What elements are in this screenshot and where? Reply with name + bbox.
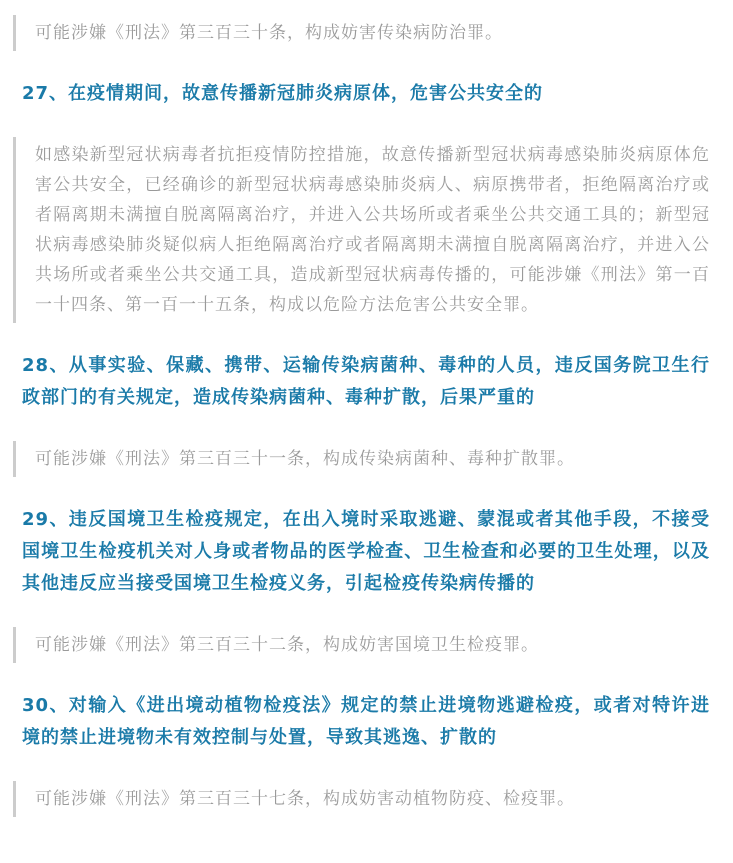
quote-paragraph: 可能涉嫌《刑法》第三百三十条，构成妨害传染病防治罪。 (13, 15, 710, 51)
section-heading: 27、在疫情期间，故意传播新冠肺炎病原体，危害公共安全的 (22, 78, 710, 110)
quote-paragraph: 可能涉嫌《刑法》第三百三十七条，构成妨害动植物防疫、检疫罪。 (13, 781, 710, 817)
quote-paragraph: 如感染新型冠状病毒者抗拒疫情防控措施，故意传播新型冠状病毒感染肺炎病原体危害公共… (13, 137, 710, 323)
section-heading: 30、对输入《进出境动植物检疫法》规定的禁止进境物逃避检疫，或者对特许进境的禁止… (22, 690, 710, 754)
section-heading: 28、从事实验、保藏、携带、运输传染病菌种、毒种的人员，违反国务院卫生行政部门的… (22, 350, 710, 414)
quote-paragraph: 可能涉嫌《刑法》第三百三十一条，构成传染病菌种、毒种扩散罪。 (13, 441, 710, 477)
section-heading: 29、违反国境卫生检疫规定，在出入境时采取逃避、蒙混或者其他手段，不接受国境卫生… (22, 504, 710, 600)
article-body: 可能涉嫌《刑法》第三百三十条，构成妨害传染病防治罪。27、在疫情期间，故意传播新… (0, 0, 733, 817)
quote-paragraph: 可能涉嫌《刑法》第三百三十二条，构成妨害国境卫生检疫罪。 (13, 627, 710, 663)
